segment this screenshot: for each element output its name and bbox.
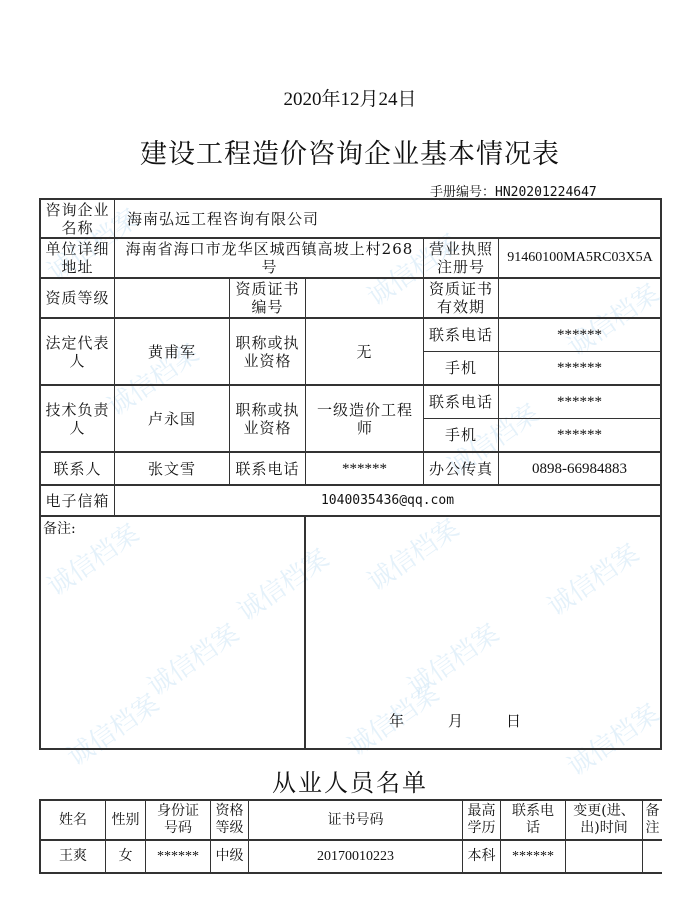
- tech-lead-mobile-value: ******: [499, 419, 660, 451]
- legal-rep-label: 法定代表人: [41, 319, 114, 384]
- cert-no-value: [306, 279, 423, 317]
- legal-rep-mobile-value: ******: [499, 352, 660, 384]
- legal-rep-title-label: 职称或执业资格: [230, 319, 305, 384]
- report-date: 2020年12月24日: [0, 84, 700, 111]
- remarks-label: 备注:: [43, 518, 76, 538]
- contact-phone-value: ******: [306, 453, 423, 484]
- cert-no-label: 资质证书编号: [230, 279, 305, 317]
- tech-lead-value: 卢永国: [115, 386, 229, 451]
- cert-validity-label: 资质证书有效期: [424, 279, 498, 317]
- tech-lead-title-label: 职称或执业资格: [230, 386, 305, 451]
- col-header-phone: 联系电话: [501, 801, 565, 839]
- watermark: 诚信档案: [229, 539, 335, 629]
- tech-lead-title-value: 一级造价工程师: [310, 386, 420, 451]
- fax-value: 0898-66984883: [499, 453, 660, 484]
- qualification-level-label: 资质等级: [41, 279, 114, 317]
- cell-cert-no: 20170010223: [249, 841, 462, 872]
- cell-remarks: [643, 841, 662, 872]
- cell-education: 本科: [463, 841, 500, 872]
- tech-lead-mobile-label: 手机: [424, 419, 498, 451]
- tech-lead-phone-value: ******: [499, 386, 660, 418]
- legal-rep-value: 黄甫军: [115, 319, 229, 384]
- contact-label: 联系人: [41, 453, 114, 484]
- fax-label: 办公传真: [424, 453, 498, 484]
- email-label: 电子信箱: [41, 486, 114, 515]
- cell-qualification: 中级: [211, 841, 248, 872]
- cell-name: 王爽: [41, 841, 105, 872]
- staff-list-title: 从业人员名单: [0, 763, 700, 798]
- tech-lead-phone-label: 联系电话: [424, 386, 498, 418]
- tech-lead-label: 技术负责人: [41, 386, 114, 451]
- legal-rep-mobile-label: 手机: [424, 352, 498, 384]
- qualification-level-value: [115, 279, 229, 317]
- email-value: 1040035436@qq.com: [115, 486, 660, 515]
- watermark: 诚信档案: [539, 534, 645, 624]
- signature-month: 月: [448, 710, 463, 731]
- address-label: 单位详细地址: [41, 239, 114, 277]
- col-header-change-time: 变更(进、出)时间: [566, 801, 642, 839]
- col-header-id-number: 身份证号码: [146, 801, 210, 839]
- watermark: 诚信档案: [139, 614, 245, 704]
- legal-rep-phone-value: ******: [499, 319, 660, 351]
- cert-validity-value: [499, 279, 660, 317]
- contact-phone-label: 联系电话: [230, 453, 305, 484]
- col-header-qualification: 资格等级: [211, 801, 248, 839]
- signature-day: 日: [506, 710, 521, 731]
- company-name-label: 咨询企业名称: [41, 200, 114, 237]
- cell-change-time: [566, 841, 642, 872]
- page-title: 建设工程造价咨询企业基本情况表: [0, 132, 700, 171]
- signature-year: 年: [389, 710, 404, 731]
- watermark: 诚信档案: [59, 684, 165, 774]
- license-label: 营业执照注册号: [424, 239, 498, 277]
- cell-phone: ******: [501, 841, 565, 872]
- legal-rep-phone-label: 联系电话: [424, 319, 498, 351]
- col-header-education: 最高学历: [463, 801, 500, 839]
- contact-value: 张文雪: [115, 453, 229, 484]
- col-header-cert-no: 证书号码: [249, 801, 462, 839]
- cell-gender: 女: [106, 841, 145, 872]
- watermark: 诚信档案: [399, 614, 505, 704]
- cell-id-number: ******: [146, 841, 210, 872]
- license-value: 91460100MA5RC03X5A: [499, 239, 661, 277]
- legal-rep-title-value: 无: [306, 319, 423, 384]
- col-header-gender: 性别: [106, 801, 145, 839]
- company-name-value: 海南弘远工程咨询有限公司: [115, 200, 660, 237]
- col-header-name: 姓名: [41, 801, 105, 839]
- address-value: 海南省海口市龙华区城西镇高坡上村268号: [118, 239, 421, 277]
- col-header-remarks: 备注: [643, 801, 662, 839]
- watermark: 诚信档案: [359, 509, 465, 599]
